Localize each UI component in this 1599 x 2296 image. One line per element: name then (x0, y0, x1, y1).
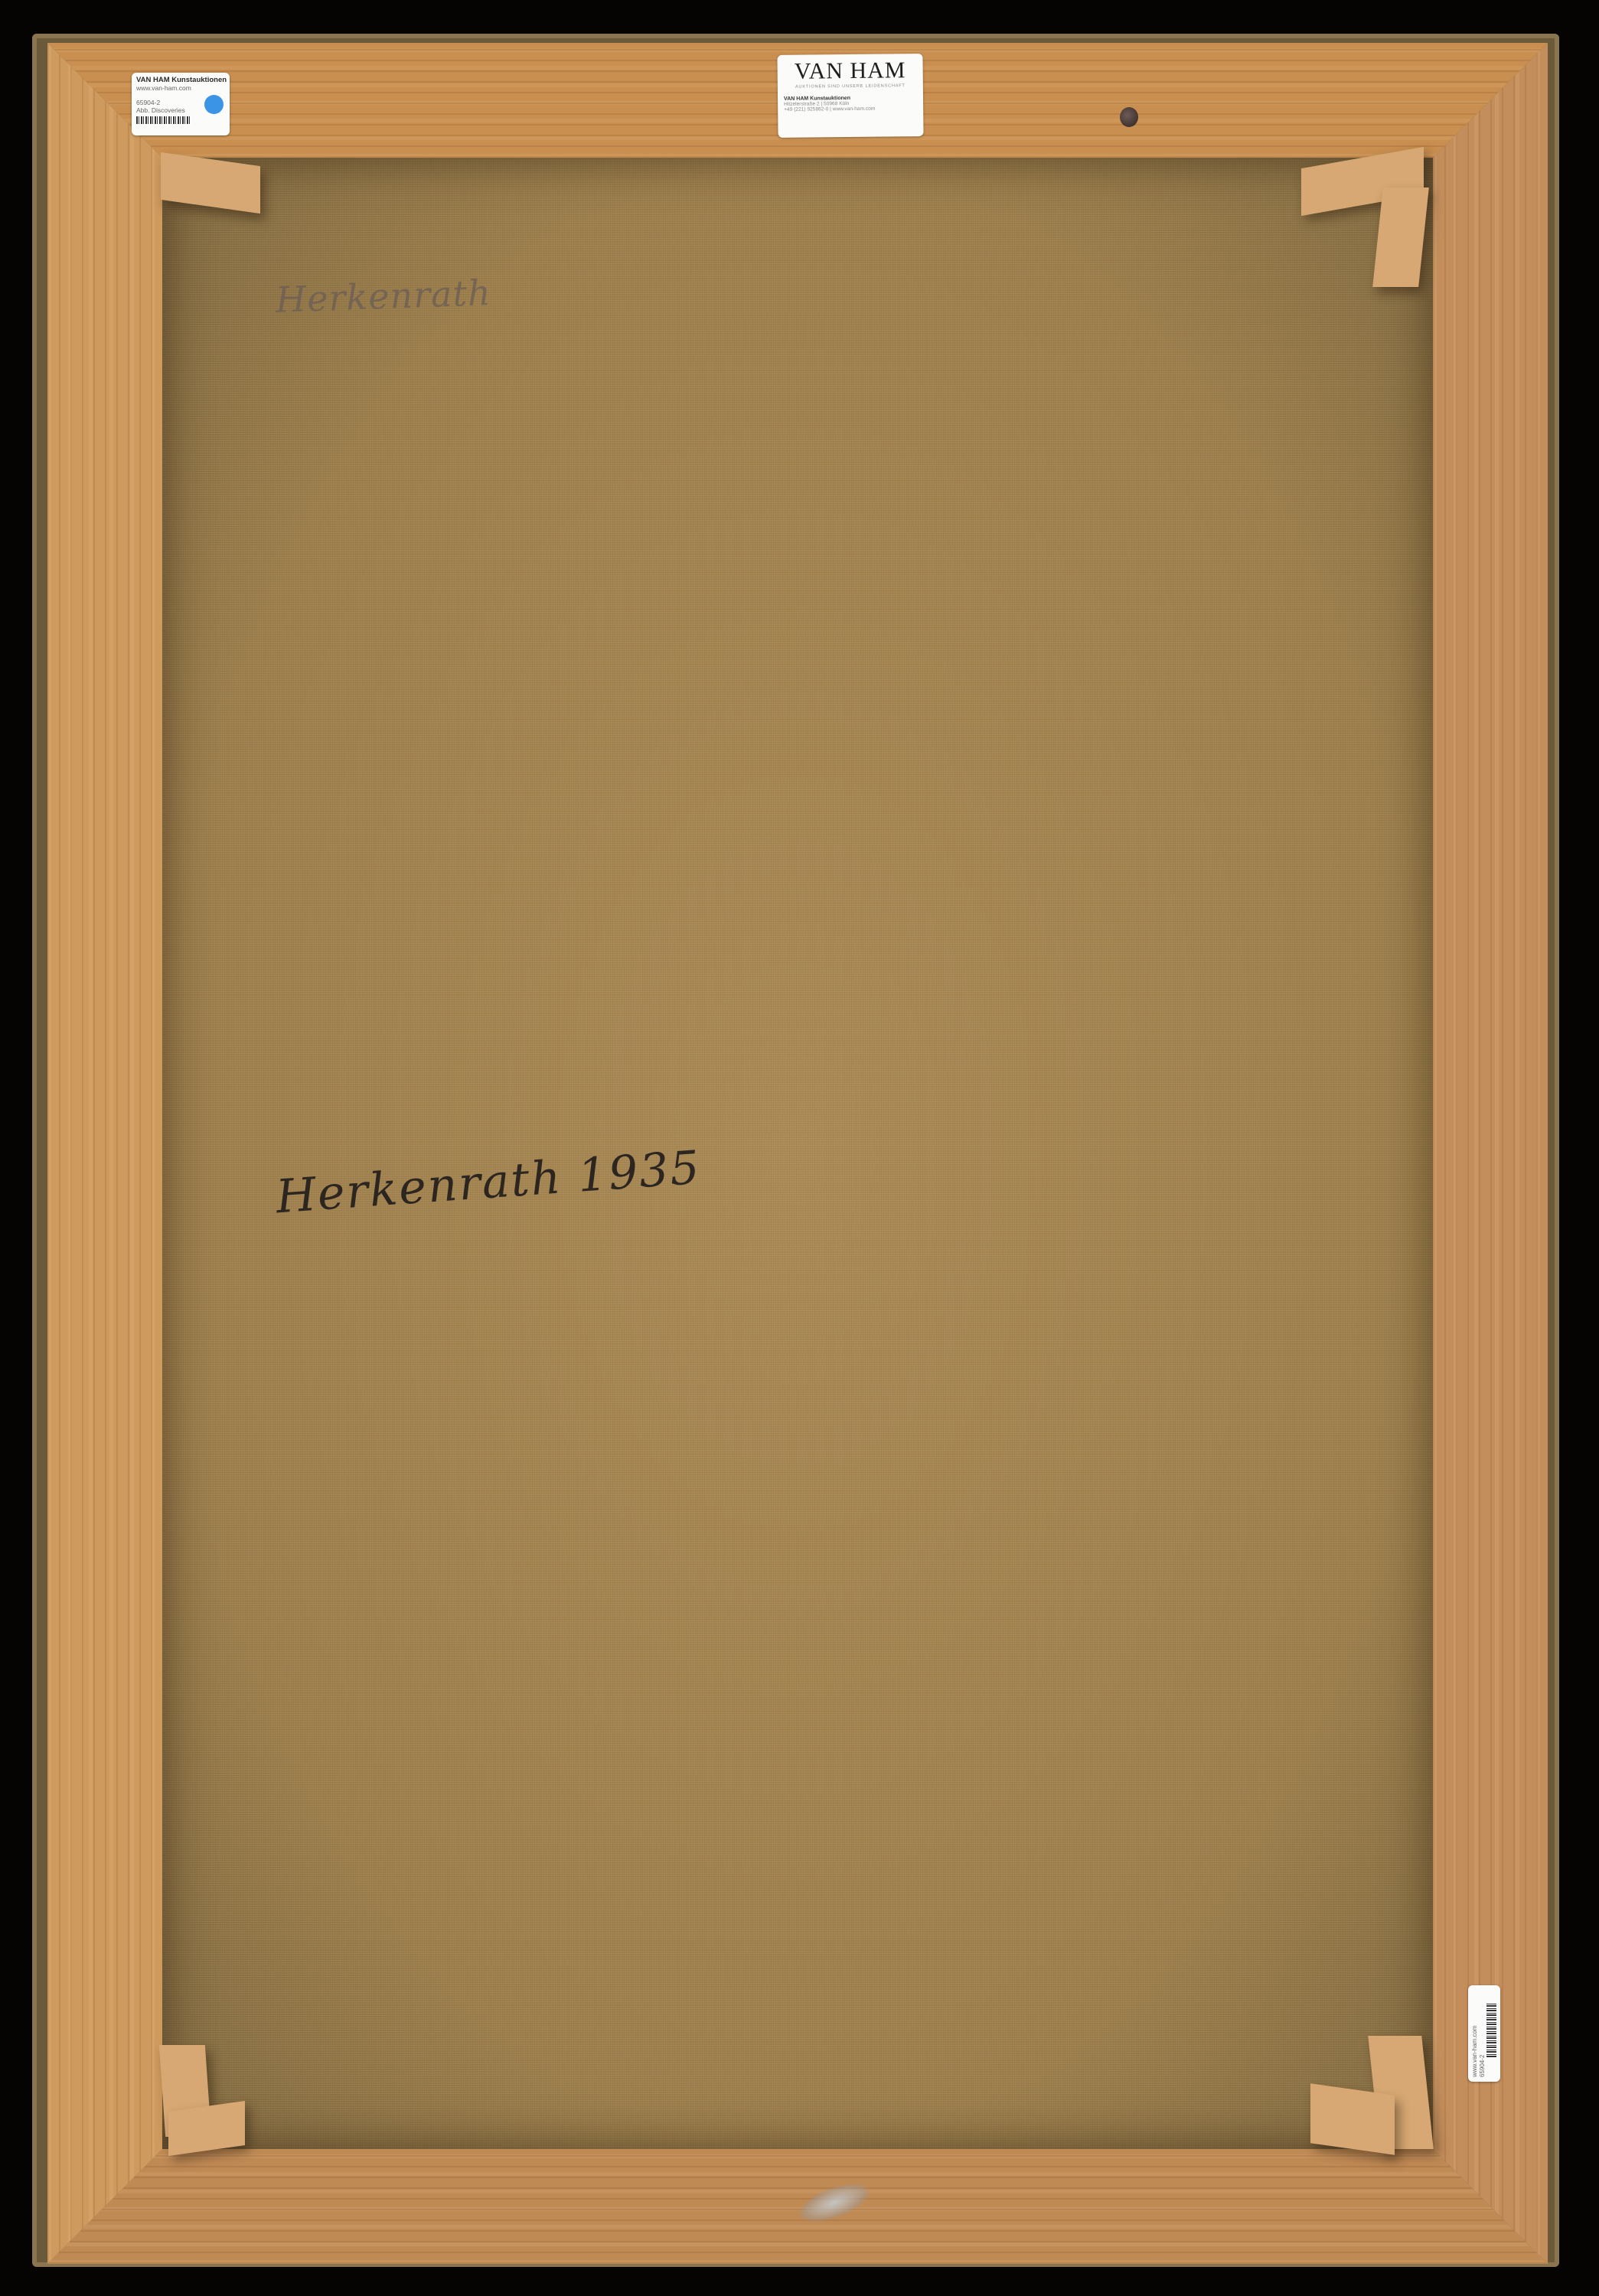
barcode-icon (136, 116, 191, 124)
barcode-icon (1486, 2002, 1496, 2057)
brand-logo: VAN HAM (784, 58, 917, 84)
auction-label-large: VAN HAM AUKTIONEN SIND UNSERE LEIDENSCHA… (777, 54, 923, 138)
corner-key-bottom-right-b (1310, 2083, 1395, 2154)
inscription-upper: Herkenrath (275, 272, 491, 321)
label-website: www.van-ham.com (136, 84, 225, 92)
canvas-back (162, 158, 1433, 2149)
blue-dot-sticker-icon (204, 95, 224, 114)
photo-background: VAN HAM Kunstauktionen www.van-ham.com 6… (0, 0, 1599, 2296)
label-contact: +49 (221) 925862-0 | www.van-ham.com (784, 106, 917, 113)
brand-slogan: AUKTIONEN SIND UNSERE LEIDENSCHAFT (784, 83, 917, 90)
auction-label-small: VAN HAM Kunstauktionen www.van-ham.com 6… (132, 73, 230, 135)
auction-label-vertical: www.van-ham.com 65904-2 (1468, 1985, 1500, 2082)
label-vertical-text: www.van-ham.com 65904-2 (1471, 2025, 1486, 2077)
label-lot-number: 65904-2 (1479, 2025, 1486, 2077)
label-website: www.van-ham.com (1471, 2025, 1479, 2077)
stretcher-bar-bottom (47, 2149, 1548, 2264)
stretcher-bar-left (47, 43, 162, 2264)
stretcher-bar-right (1433, 43, 1548, 2264)
nail-head (1120, 107, 1138, 127)
label-company: VAN HAM Kunstauktionen (136, 76, 225, 84)
